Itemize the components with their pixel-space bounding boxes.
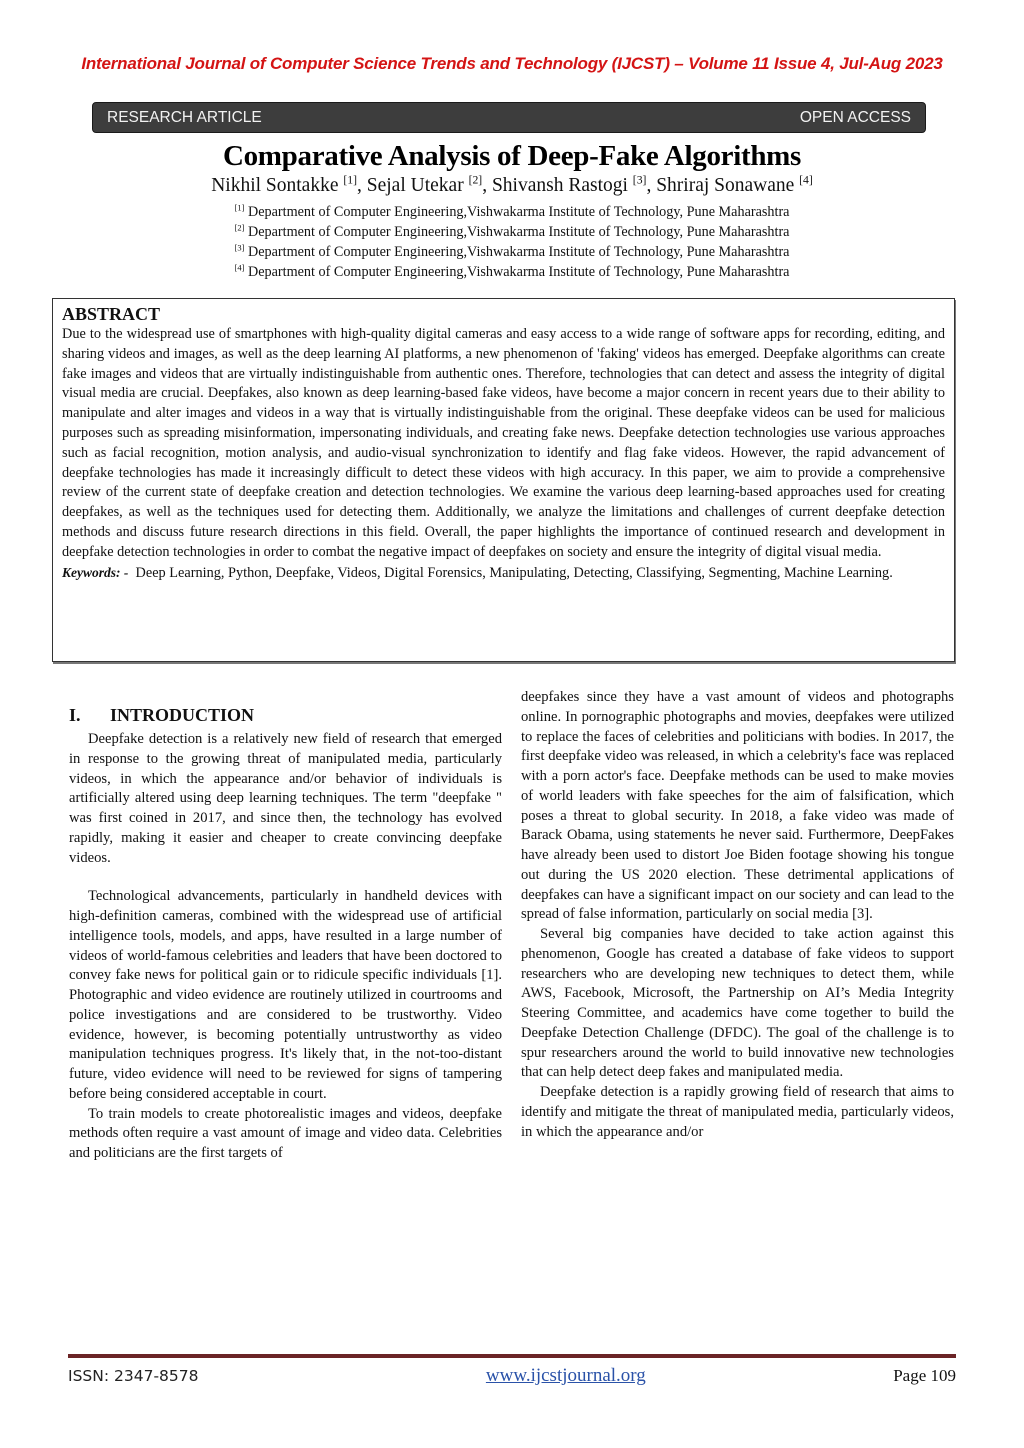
footer-divider: [68, 1354, 956, 1358]
abstract-text: Due to the widespread use of smartphones…: [62, 325, 945, 563]
paragraph: Deepfake detection is a rapidly growing …: [521, 1083, 954, 1142]
paragraph: Technological advancements, particularly…: [69, 887, 502, 1104]
page-number: Page 109: [893, 1366, 956, 1386]
affiliation-list: [1] Department of Computer Engineering,V…: [0, 202, 1024, 282]
affiliation-ref: [2]: [235, 222, 245, 232]
issn: ISSN: 2347-8578: [68, 1367, 198, 1385]
abstract-box: ABSTRACT Due to the widespread use of sm…: [52, 298, 955, 662]
left-column: I.INTRODUCTION Deepfake detection is a r…: [69, 688, 502, 1164]
author-ref: [3]: [633, 174, 647, 187]
affiliation-ref: [1]: [235, 202, 245, 212]
affiliation-text: Department of Computer Engineering,Vishw…: [248, 224, 789, 240]
affiliation: [3] Department of Computer Engineering,V…: [0, 242, 1024, 262]
journal-header: International Journal of Computer Scienc…: [0, 54, 1024, 74]
affiliation-text: Department of Computer Engineering,Vishw…: [248, 204, 789, 220]
keywords-text: Deep Learning, Python, Deepfake, Videos,…: [136, 565, 893, 581]
author-name: Shivansh Rastogi: [492, 175, 628, 196]
abstract-heading: ABSTRACT: [62, 303, 945, 325]
paragraph: To train models to create photorealistic…: [69, 1105, 502, 1164]
keywords: Keywords: - Deep Learning, Python, Deepf…: [62, 563, 945, 584]
page-footer: ISSN: 2347-8578 www.ijcstjournal.org Pag…: [68, 1364, 956, 1388]
author-list: Nikhil Sontakke [1], Sejal Utekar [2], S…: [0, 175, 1024, 197]
research-article-label: RESEARCH ARTICLE: [107, 109, 262, 127]
section-heading: I.INTRODUCTION: [69, 704, 502, 726]
author-ref: [2]: [469, 174, 483, 187]
paragraph: Deepfake detection is a relatively new f…: [69, 730, 502, 868]
author-ref: [4]: [799, 174, 813, 187]
affiliation-ref: [4]: [235, 262, 245, 272]
affiliation: [1] Department of Computer Engineering,V…: [0, 202, 1024, 222]
paragraph: Several big companies have decided to ta…: [521, 925, 954, 1083]
paper-title: Comparative Analysis of Deep-Fake Algori…: [0, 140, 1024, 173]
paragraph: deepfakes since they have a vast amount …: [521, 688, 954, 925]
affiliation-ref: [3]: [235, 242, 245, 252]
keywords-label: Keywords: -: [62, 565, 128, 580]
affiliation: [4] Department of Computer Engineering,V…: [0, 262, 1024, 282]
affiliation: [2] Department of Computer Engineering,V…: [0, 222, 1024, 242]
author-ref: [1]: [343, 174, 357, 187]
open-access-label: OPEN ACCESS: [800, 109, 911, 127]
section-title: INTRODUCTION: [110, 705, 254, 725]
author-name: Nikhil Sontakke: [211, 175, 338, 196]
affiliation-text: Department of Computer Engineering,Vishw…: [248, 264, 789, 280]
author-name: Sejal Utekar: [367, 175, 464, 196]
section-number: I.: [69, 704, 110, 726]
right-column: deepfakes since they have a vast amount …: [521, 688, 954, 1142]
author-name: Shriraj Sonawane: [656, 175, 794, 196]
journal-website-link[interactable]: www.ijcstjournal.org: [486, 1365, 646, 1387]
affiliation-text: Department of Computer Engineering,Vishw…: [248, 244, 789, 260]
article-type-banner: RESEARCH ARTICLE OPEN ACCESS: [92, 102, 926, 133]
